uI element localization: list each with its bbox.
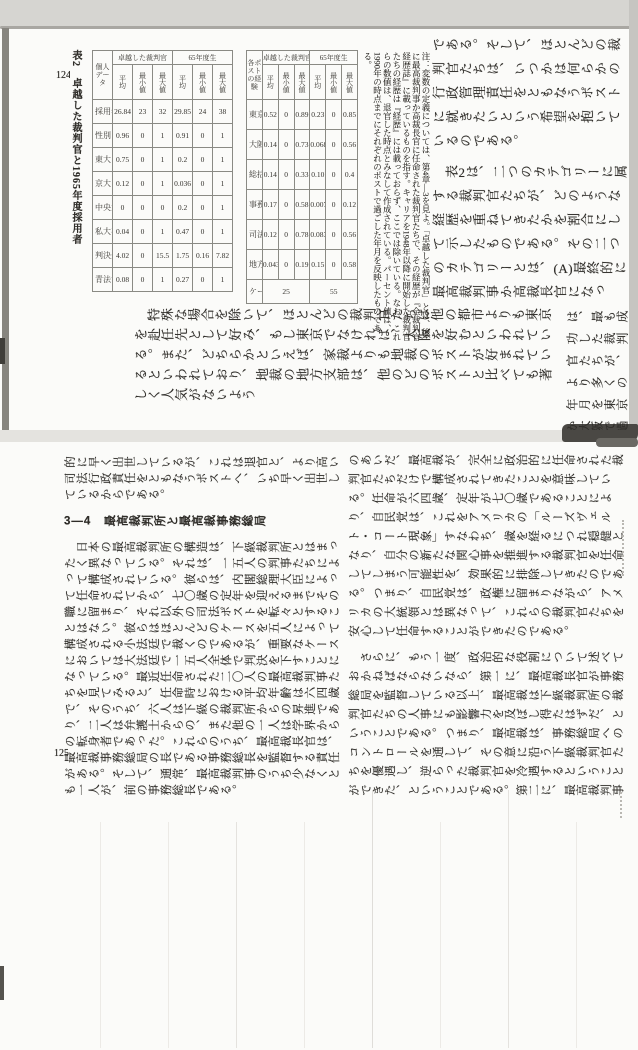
stat-header: 平均 — [310, 65, 326, 100]
table-row: 青法協会員0.08010.2701 — [93, 268, 233, 292]
value-cell: 32 — [153, 100, 173, 124]
value-cell: 0 — [326, 100, 342, 130]
stat-header: 最大値 — [213, 65, 233, 100]
value-cell: 0 — [133, 196, 153, 220]
scan-top-page-edge — [0, 26, 638, 29]
value-cell: 0.23 — [310, 100, 326, 130]
value-cell: 0 — [133, 244, 153, 268]
table-row: 地方支部0.04300.190.1500.58 — [247, 250, 358, 280]
value-cell: 38 — [213, 100, 233, 124]
paragraph: は、最も成功した裁判官たちが、より多くの年月を東京か大阪で過ごしているということ… — [566, 306, 632, 430]
row-label: 青法協会員 — [93, 268, 113, 292]
table-row: 司法部外0.1200.780.08300.56 — [247, 220, 358, 250]
table-row: 中央大0000.201 — [93, 196, 233, 220]
row-label: 性別 — [93, 124, 113, 148]
value-cell: 4.02 — [113, 244, 133, 268]
value-cell: 1 — [213, 220, 233, 244]
margin-pencil-mark — [622, 520, 624, 576]
value-cell: 0.16 — [193, 244, 213, 268]
body-text-p125-lower: のあいだ、最高裁が、完全に政治的に任命された裁判官たちだけで構成されてきたことを… — [348, 452, 634, 800]
value-cell: 0 — [326, 190, 342, 220]
table2-note: 注：変数の定義については、第4章―3を見よ。「卓越した裁判官」とは、後に最高裁判… — [362, 52, 430, 344]
stat-header: 最大値 — [342, 65, 358, 100]
value-cell: 55 — [310, 280, 358, 304]
table-row: 事務総局0.1700.580.00700.12 — [247, 190, 358, 220]
row-label: 事務総局 — [247, 190, 263, 220]
value-cell: 0.4 — [342, 160, 358, 190]
paragraph: 表2は、二つのカテゴリーに属する裁判官たちが、どのような経歴を重ねてきたかを割合… — [432, 161, 632, 302]
value-cell: 0.73 — [294, 130, 310, 160]
value-cell: 0.083 — [310, 220, 326, 250]
value-cell: 0.56 — [342, 130, 358, 160]
value-cell: 0.12 — [262, 220, 278, 250]
row-label: 東京 — [247, 100, 263, 130]
row-label: 司法部外 — [247, 220, 263, 250]
group-header: 65年度生 — [310, 51, 358, 65]
table2-title: 表2 卓越した裁判官と1965年度採用者 — [68, 50, 83, 326]
cases-row: ケース数2555 — [247, 280, 358, 304]
value-cell: 1 — [153, 148, 173, 172]
value-cell: 0.036 — [173, 172, 193, 196]
corner-header: 各ポストの経験 — [247, 51, 263, 100]
value-cell: 0 — [193, 124, 213, 148]
value-cell: 0 — [278, 190, 294, 220]
row-label: 大阪 — [247, 130, 263, 160]
paragraph: 3―4 最高裁判所と最高裁事務総局 — [64, 514, 344, 530]
row-label: 私大卒 — [93, 220, 113, 244]
value-cell: 0 — [193, 196, 213, 220]
value-cell: 26.84 — [113, 100, 133, 124]
value-cell: 1 — [153, 172, 173, 196]
value-cell: 0.007 — [310, 190, 326, 220]
scan-top-band — [0, 0, 638, 28]
value-cell: 0.17 — [262, 190, 278, 220]
row-label: 東大 — [93, 148, 113, 172]
value-cell: 0 — [113, 196, 133, 220]
table2-individual-data: 個人データ卓越した裁判官65年度生平均最小値最大値平均最小値最大値採用年齢26.… — [92, 50, 233, 292]
stat-header: 平均 — [173, 65, 193, 100]
table-row: 大阪0.1400.730.06800.56 — [247, 130, 358, 160]
value-cell: 0.14 — [262, 130, 278, 160]
value-cell: 0.04 — [113, 220, 133, 244]
stat-header: 最小値 — [326, 65, 342, 100]
value-cell: 7.82 — [213, 244, 233, 268]
table-row: 総括0.1400.330.1000.4 — [247, 160, 358, 190]
ghost-column-rule — [100, 822, 101, 1048]
table-row: 東京0.5200.890.2300.85 — [247, 100, 358, 130]
stat-header: 最小値 — [278, 65, 294, 100]
value-cell: 1 — [213, 268, 233, 292]
value-cell: 0 — [193, 220, 213, 244]
ghost-column-rule — [440, 822, 441, 1048]
value-cell: 0 — [278, 130, 294, 160]
value-cell: 0.2 — [173, 148, 193, 172]
row-label: 地方支部 — [247, 250, 263, 280]
value-cell: 0.12 — [113, 172, 133, 196]
ghost-column-rule — [168, 822, 169, 1048]
value-cell: 0.52 — [262, 100, 278, 130]
value-cell: 29.85 — [173, 100, 193, 124]
table-row: 採用年齢26.84233229.852438 — [93, 100, 233, 124]
paragraph: さらに、もう一度、政治的な役割について述べておかねばならないなら、第一に、最高裁… — [348, 649, 634, 800]
row-label: 判決生産性 — [93, 244, 113, 268]
value-cell: 0.08 — [113, 268, 133, 292]
scan-separator-blob-2 — [596, 438, 638, 447]
value-cell: 0 — [326, 250, 342, 280]
value-cell: 0.19 — [294, 250, 310, 280]
value-cell: 25 — [262, 280, 310, 304]
stat-header: 平均 — [262, 65, 278, 100]
value-cell: 1 — [153, 220, 173, 244]
ghost-column-rule — [576, 822, 577, 1048]
value-cell: 23 — [133, 100, 153, 124]
ghost-column-rule — [508, 790, 509, 1048]
value-cell: 0 — [133, 148, 153, 172]
value-cell: 0 — [193, 148, 213, 172]
value-cell: 0.89 — [294, 100, 310, 130]
stat-header: 最小値 — [193, 65, 213, 100]
value-cell: 0.75 — [113, 148, 133, 172]
value-cell: 0.78 — [294, 220, 310, 250]
value-cell: 0 — [326, 160, 342, 190]
value-cell: 1 — [153, 124, 173, 148]
value-cell: 0.96 — [113, 124, 133, 148]
value-cell: 0.12 — [342, 190, 358, 220]
scan-left-dash-2 — [0, 966, 4, 1000]
value-cell: 1 — [213, 148, 233, 172]
row-label: ケース数 — [247, 280, 263, 304]
table-row: 私大卒0.04010.4701 — [93, 220, 233, 244]
scan-left-dash — [0, 338, 5, 364]
body-text-p124-corner: は、最も成功した裁判官たちが、より多くの年月を東京か大阪で過ごしているということ… — [566, 306, 632, 430]
value-cell: 0.47 — [173, 220, 193, 244]
value-cell: 0 — [133, 124, 153, 148]
value-cell: 0.068 — [310, 130, 326, 160]
value-cell: 0 — [278, 160, 294, 190]
stat-header: 平均 — [113, 65, 133, 100]
value-cell: 0.56 — [342, 220, 358, 250]
value-cell: 0.27 — [173, 268, 193, 292]
value-cell: 0.043 — [262, 250, 278, 280]
body-text-p125-upper: 的に早く出世しているが、これは退官と、より高い司法行政責任をともなうポストへ、い… — [64, 455, 344, 795]
group-header: 65年度生 — [173, 51, 233, 65]
group-header: 卓越した裁判官 — [113, 51, 173, 65]
value-cell: 0 — [326, 220, 342, 250]
row-label: 採用年齢 — [93, 100, 113, 124]
value-cell: 0 — [193, 268, 213, 292]
scan-left-edge-shadow — [2, 28, 9, 434]
value-cell: 15.5 — [153, 244, 173, 268]
body-text-p124-bottom: 特殊な場合を除いて、ほとんどの裁判官たちは他の都市よりも東京を赴任先として好み、… — [134, 306, 558, 430]
value-cell: 0 — [278, 220, 294, 250]
value-cell: 0 — [278, 250, 294, 280]
row-label: 京大 — [93, 172, 113, 196]
value-cell: 1 — [213, 172, 233, 196]
stat-header: 最小値 — [133, 65, 153, 100]
stat-header: 最大値 — [153, 65, 173, 100]
value-cell: 0 — [278, 100, 294, 130]
value-cell: 0.91 — [173, 124, 193, 148]
value-cell: 0.33 — [294, 160, 310, 190]
value-cell: 0.58 — [294, 190, 310, 220]
row-label: 中央大 — [93, 196, 113, 220]
value-cell: 1 — [213, 196, 233, 220]
stat-header: 最大値 — [294, 65, 310, 100]
paragraph: 特殊な場合を除いて、ほとんどの裁判官たちは他の都市よりも東京を赴任先として好み、… — [134, 306, 558, 406]
value-cell: 24 — [193, 100, 213, 124]
body-text-p124-right: である。そして、ほとんどの裁判官たちは、いつかは何らかの行政管理責任をともなうポ… — [432, 34, 632, 302]
corner-header: 個人データ — [93, 51, 113, 100]
scanned-book-spread: { "colors":{"paper":"#fbfbf9","ink":"#2e… — [0, 0, 638, 1050]
ghost-column-rule — [372, 790, 373, 1048]
value-cell: 0 — [153, 196, 173, 220]
value-cell: 0 — [133, 220, 153, 244]
value-cell: 0.85 — [342, 100, 358, 130]
value-cell: 0.2 — [173, 196, 193, 220]
value-cell: 1 — [213, 124, 233, 148]
table-row: 性別0.96010.9101 — [93, 124, 233, 148]
ghost-column-rule — [236, 822, 237, 1048]
row-label: 総括 — [247, 160, 263, 190]
ghost-column-rule — [304, 822, 305, 1048]
paragraph: 日本の最高裁判所の構造は、下級裁判所とはまったく異なっている。それは、一五人の判… — [64, 540, 344, 795]
scan-page-separator — [0, 430, 638, 442]
table2-post-experience: 各ポストの経験卓越した裁判官65年度生平均最小値最大値平均最小値最大値東京0.5… — [246, 50, 358, 304]
value-cell: 0.14 — [262, 160, 278, 190]
value-cell: 1.75 — [173, 244, 193, 268]
value-cell: 0 — [326, 130, 342, 160]
paragraph: 的に早く出世しているが、これは退官と、より高い司法行政責任をともなうポストへ、い… — [64, 455, 344, 504]
group-header: 卓越した裁判官 — [262, 51, 310, 65]
value-cell: 0 — [133, 172, 153, 196]
value-cell: 1 — [153, 268, 173, 292]
table-row: 判決生産性4.02015.51.750.167.82 — [93, 244, 233, 268]
paragraph: のあいだ、最高裁が、完全に政治的に任命された裁判官たちだけで構成されてきたことを… — [348, 452, 634, 642]
table-row: 京大0.12010.03601 — [93, 172, 233, 196]
paragraph: である。そして、ほとんどの裁判官たちは、いつかは何らかの行政管理責任をともなうポ… — [432, 34, 632, 154]
value-cell: 0.58 — [342, 250, 358, 280]
value-cell: 0.10 — [310, 160, 326, 190]
margin-pencil-mark-2 — [620, 792, 622, 818]
value-cell: 0 — [193, 172, 213, 196]
value-cell: 0 — [133, 268, 153, 292]
value-cell: 0.15 — [310, 250, 326, 280]
table-row: 東大0.75010.201 — [93, 148, 233, 172]
